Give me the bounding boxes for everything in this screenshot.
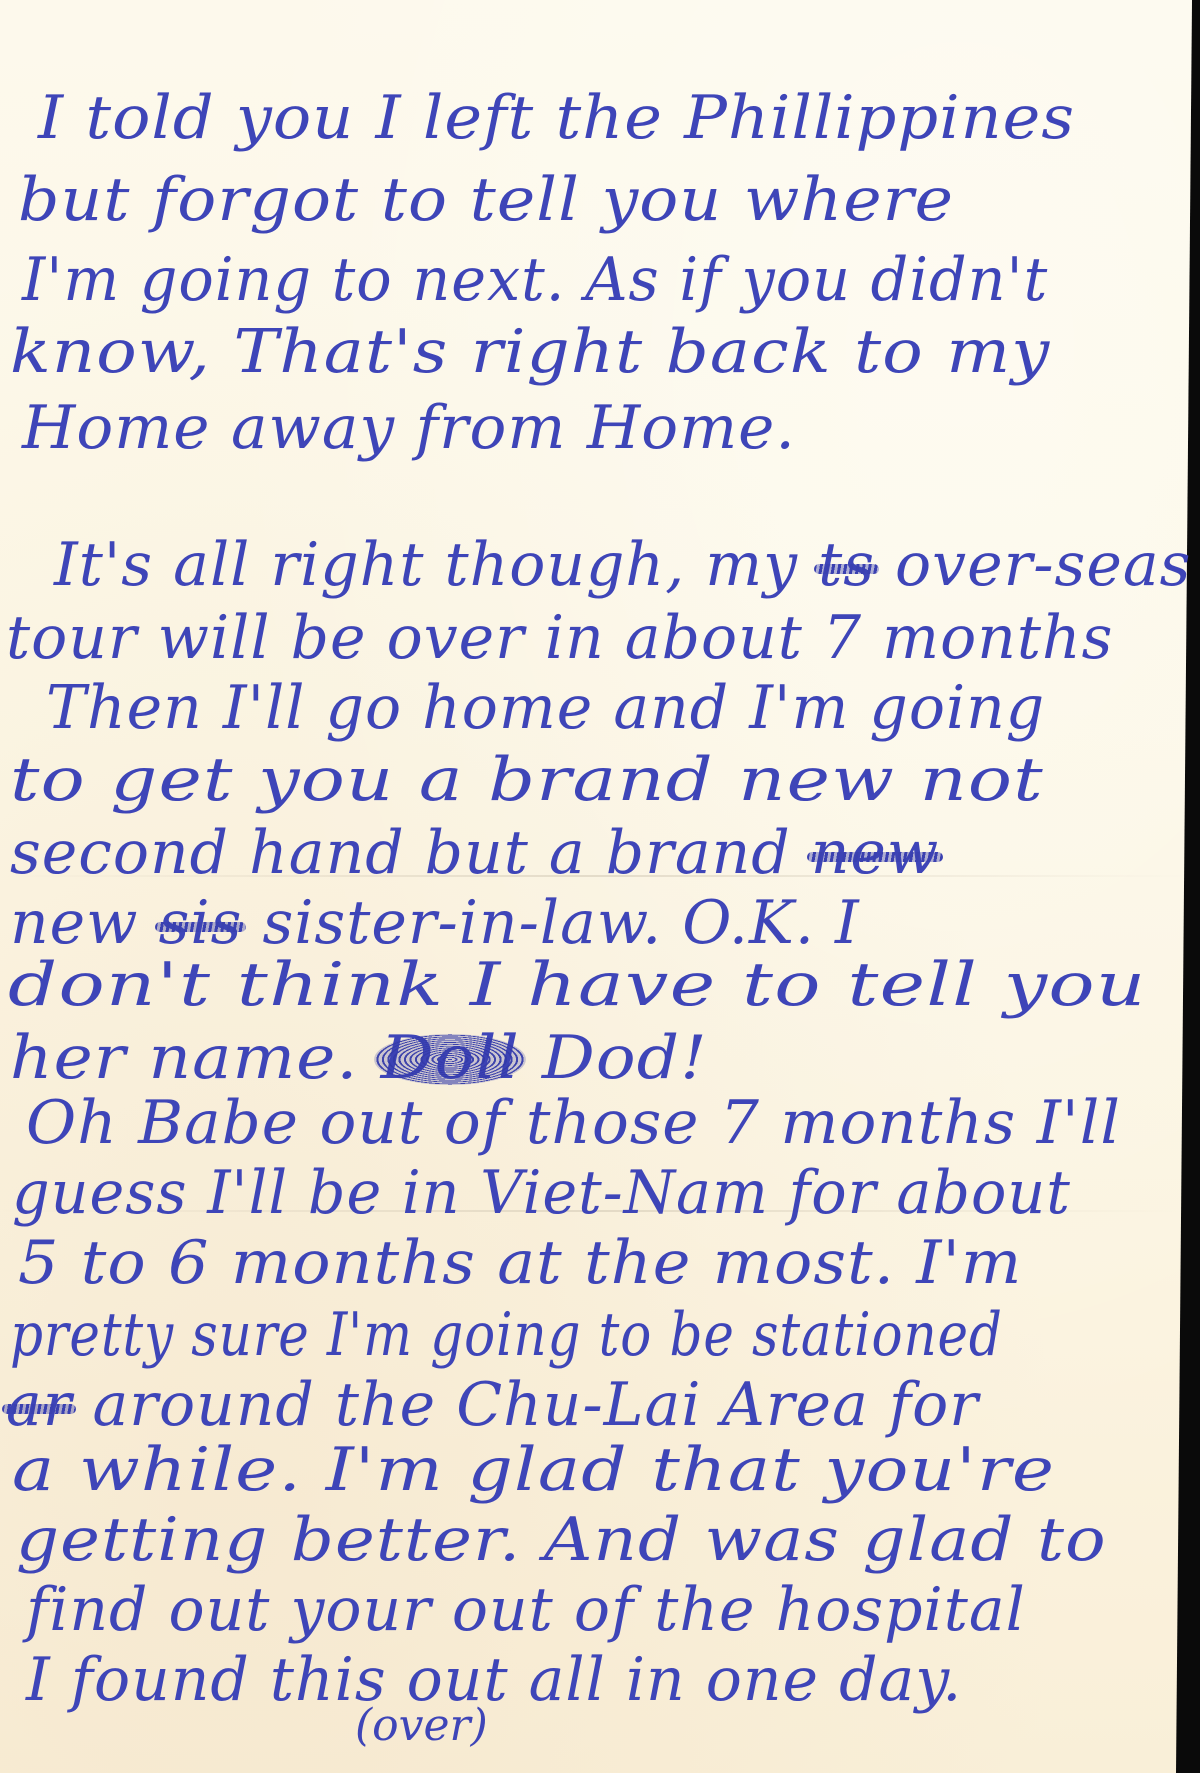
letter-line: know, That's right back to my <box>10 322 1050 382</box>
crossed-out-word: sis <box>159 893 243 953</box>
letter-line: Oh Babe out of those 7 months I'll <box>26 1093 1121 1153</box>
line-text: her name. <box>10 1023 381 1093</box>
line-text: over-seas <box>875 530 1191 600</box>
crossed-out-word: new <box>811 823 940 883</box>
line-text: Dod! <box>520 1023 708 1093</box>
letter-line: a while. I'm glad that you're <box>12 1440 1055 1500</box>
line-text: second hand but a brand <box>10 818 811 888</box>
scribbled-out-word: Doll <box>381 1028 520 1088</box>
line-text: sister-in-law. O.K. I <box>242 888 859 958</box>
over-page-note: (over) <box>355 1700 488 1751</box>
letter-line: but forgot to tell you where <box>18 170 954 230</box>
line-text: new <box>10 888 159 958</box>
letter-line: don't think I have to tell you <box>8 955 1147 1015</box>
letter-line: tour will be over in about 7 months <box>6 608 1113 668</box>
letter-line: find out your out of the hospital <box>26 1580 1026 1640</box>
letter-line: second hand but a brand new <box>10 823 939 883</box>
letter-line: It's all right though, my ts over-seas <box>54 535 1191 595</box>
scanned-letter-page: I told you I left the Phillippines but f… <box>0 0 1200 1773</box>
letter-line: pretty sure I'm going to be stationed <box>10 1305 1003 1365</box>
letter-line: ar around the Chu-Lai Area for <box>6 1375 979 1435</box>
letter-line: Home away from Home. <box>22 398 796 458</box>
letter-line: new sis sister-in-law. O.K. I <box>10 893 860 953</box>
letter-line: Then I'll go home and I'm going <box>46 678 1045 738</box>
crossed-out-word: ar <box>6 1375 72 1435</box>
letter-line: to get you a brand new not <box>10 750 1044 810</box>
letter-line: getting better. And was glad to <box>16 1510 1107 1570</box>
letter-line: I told you I left the Phillippines <box>38 88 1075 148</box>
line-text: It's all right though, my <box>54 530 818 600</box>
letter-line: guess I'll be in Viet-Nam for about <box>12 1163 1071 1223</box>
letter-line: her name. Doll Dod! <box>10 1028 708 1088</box>
letter-body: I told you I left the Phillippines but f… <box>0 0 1200 1773</box>
letter-line: I'm going to next. As if you didn't <box>22 250 1048 310</box>
crossed-out-word: ts <box>818 535 875 595</box>
letter-line: 5 to 6 months at the most. I'm <box>18 1233 1022 1293</box>
line-text: around the Chu-Lai Area for <box>72 1370 978 1440</box>
letter-line: I found this out all in one day. <box>26 1650 962 1710</box>
